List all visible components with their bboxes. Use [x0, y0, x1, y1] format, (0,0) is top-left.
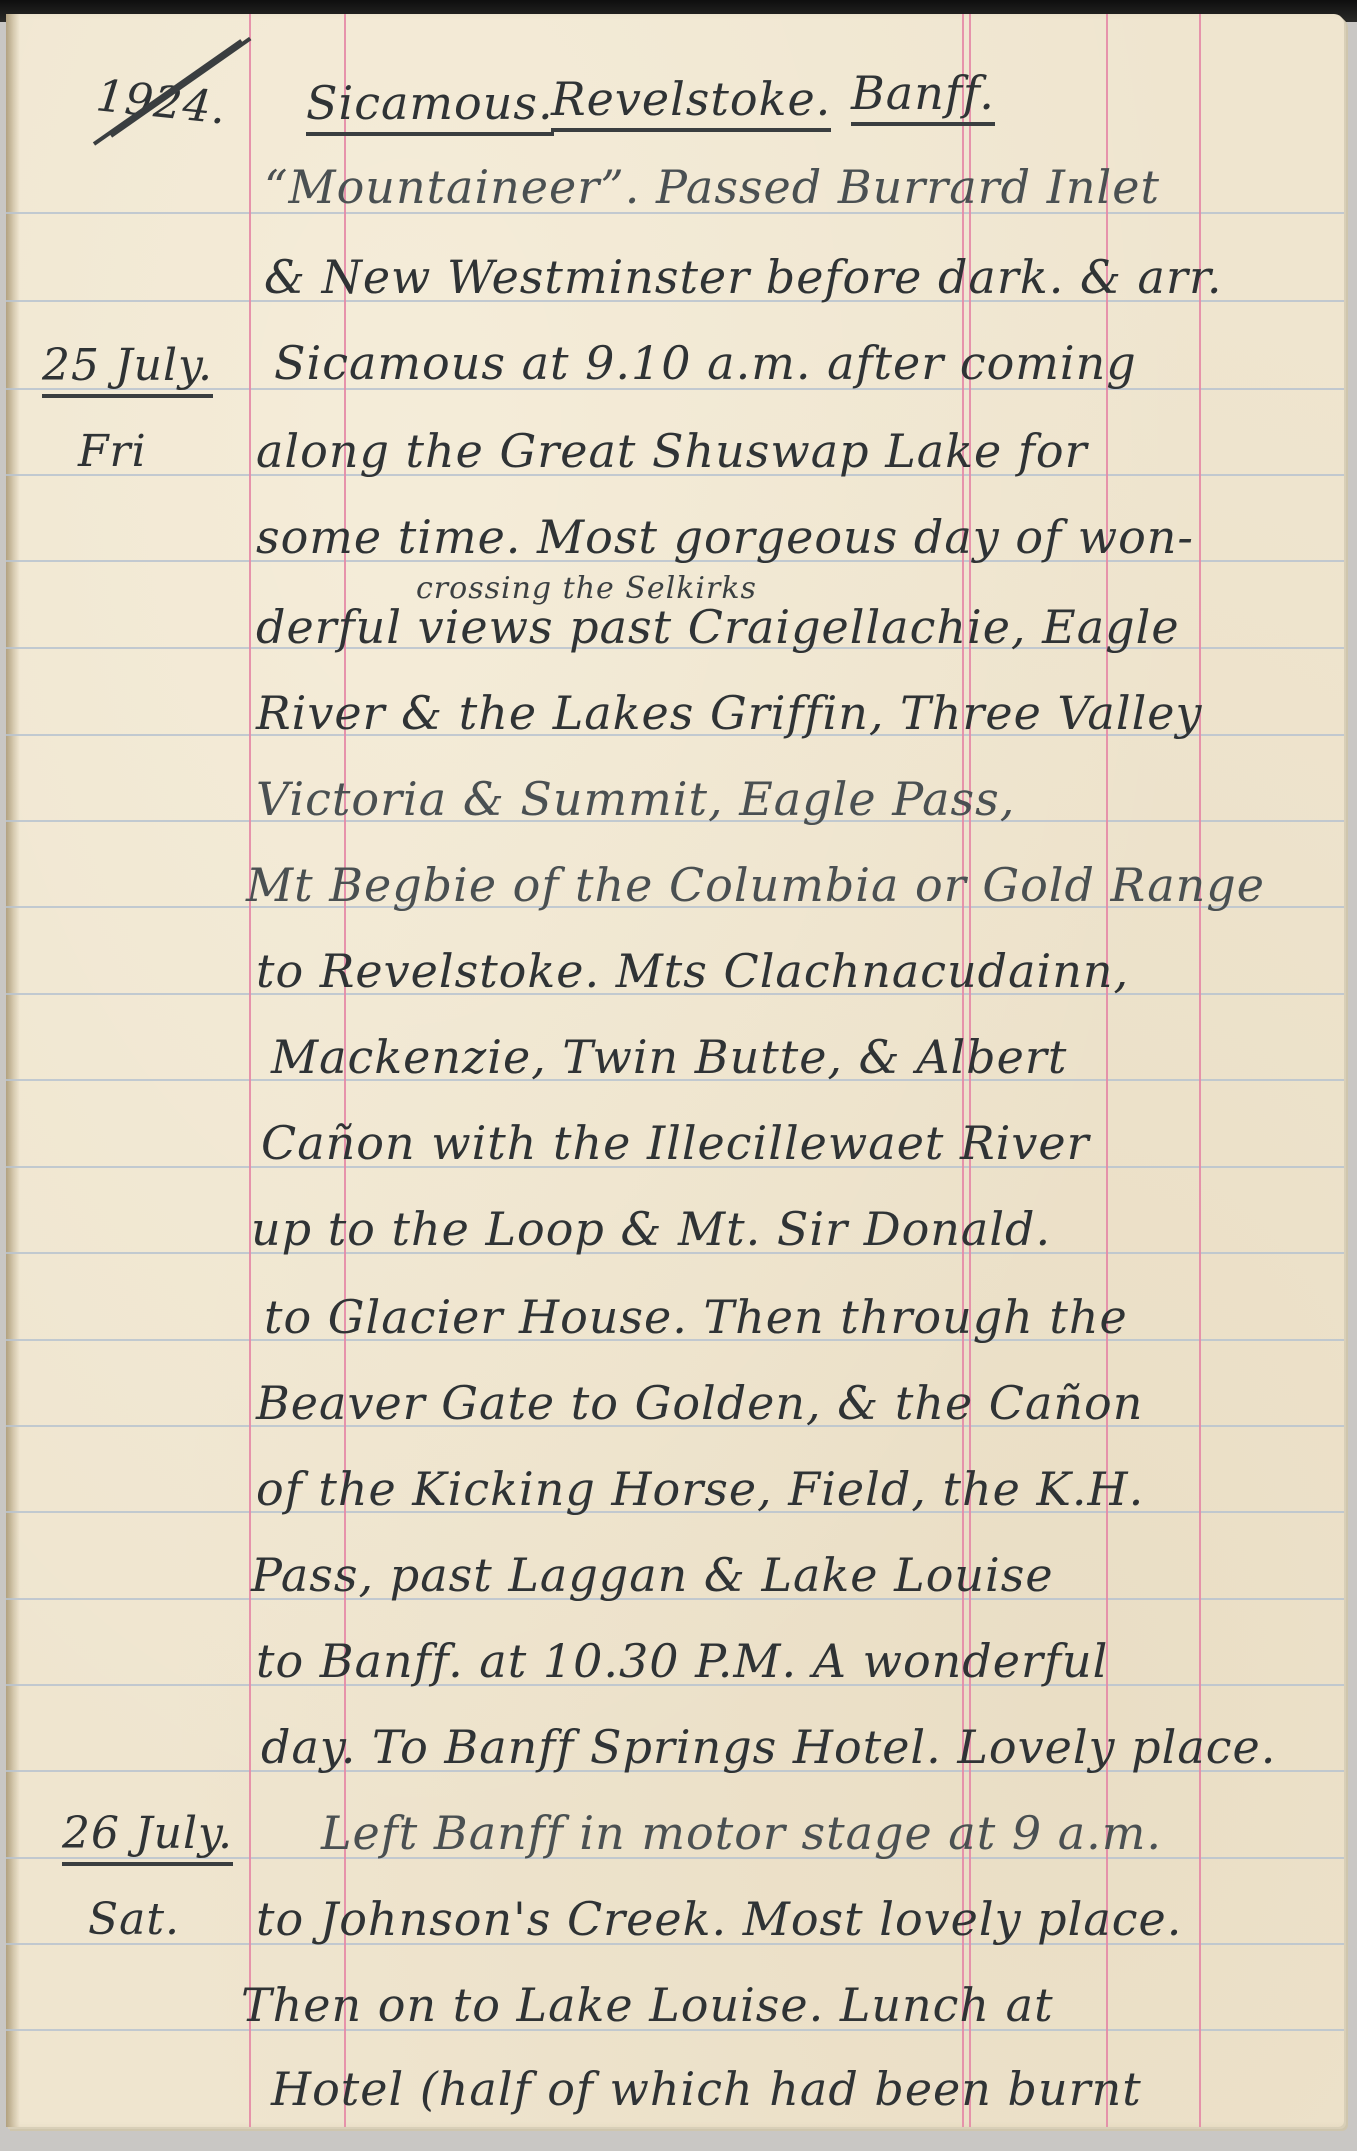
diary-line: to Glacier House. Then through the: [264, 1294, 1128, 1340]
diary-line: Then on to Lake Louise. Lunch at: [241, 1982, 1054, 2028]
notebook-page: 1924. Sicamous. Revelstoke. Banff. “Moun…: [6, 14, 1344, 2127]
margin-rule: [249, 14, 251, 2127]
diary-line: & New Westminster before dark. & arr.: [264, 254, 1223, 300]
diary-line: up to the Loop & Mt. Sir Donald.: [251, 1206, 1051, 1252]
diary-line: to Revelstoke. Mts Clachnacudainn,: [256, 948, 1129, 994]
diary-line: Beaver Gate to Golden, & the Cañon: [256, 1380, 1143, 1426]
diary-line: of the Kicking Horse, Field, the K.H.: [256, 1466, 1144, 1512]
heading-place-3: Banff.: [851, 70, 995, 126]
diary-line: Left Banff in motor stage at 9 a.m.: [321, 1810, 1162, 1856]
heading-place-1: Sicamous.: [306, 80, 554, 136]
margin-date-25-july: 25 July.: [42, 344, 213, 398]
diary-line: along the Great Shuswap Lake for: [256, 428, 1088, 474]
diary-line: “Mountaineer”. Passed Burrard Inlet: [264, 164, 1160, 210]
margin-day-sat: Sat.: [88, 1898, 180, 1942]
spine-shadow: [6, 14, 20, 2127]
heading-place-2: Revelstoke.: [551, 76, 831, 132]
margin-day-fri: Fri: [78, 430, 147, 474]
diary-line: Mt Begbie of the Columbia or Gold Range: [246, 862, 1265, 908]
diary-line: to Johnson's Creek. Most lovely place.: [256, 1896, 1182, 1942]
diary-line: derful views past Craigellachie, Eagle: [256, 604, 1180, 650]
diary-line: Hotel (half of which had been burnt: [271, 2066, 1142, 2112]
column-rule: [1199, 14, 1201, 2127]
diary-line: River & the Lakes Griffin, Three Valley: [256, 690, 1203, 736]
margin-date-26-july: 26 July.: [62, 1812, 233, 1866]
diary-line: to Banff. at 10.30 P.M. A wonderful: [256, 1638, 1108, 1684]
diary-line: Pass, past Laggan & Lake Louise: [251, 1552, 1054, 1598]
diary-line: Mackenzie, Twin Butte, & Albert: [271, 1034, 1067, 1080]
diary-line: day. To Banff Springs Hotel. Lovely plac…: [261, 1724, 1276, 1770]
diary-line: Sicamous at 9.10 a.m. after coming: [274, 340, 1137, 386]
diary-line: Victoria & Summit, Eagle Pass,: [256, 776, 1015, 822]
diary-line: some time. Most gorgeous day of won-: [256, 514, 1194, 560]
diary-line: Cañon with the Illecillewaet River: [261, 1120, 1090, 1166]
